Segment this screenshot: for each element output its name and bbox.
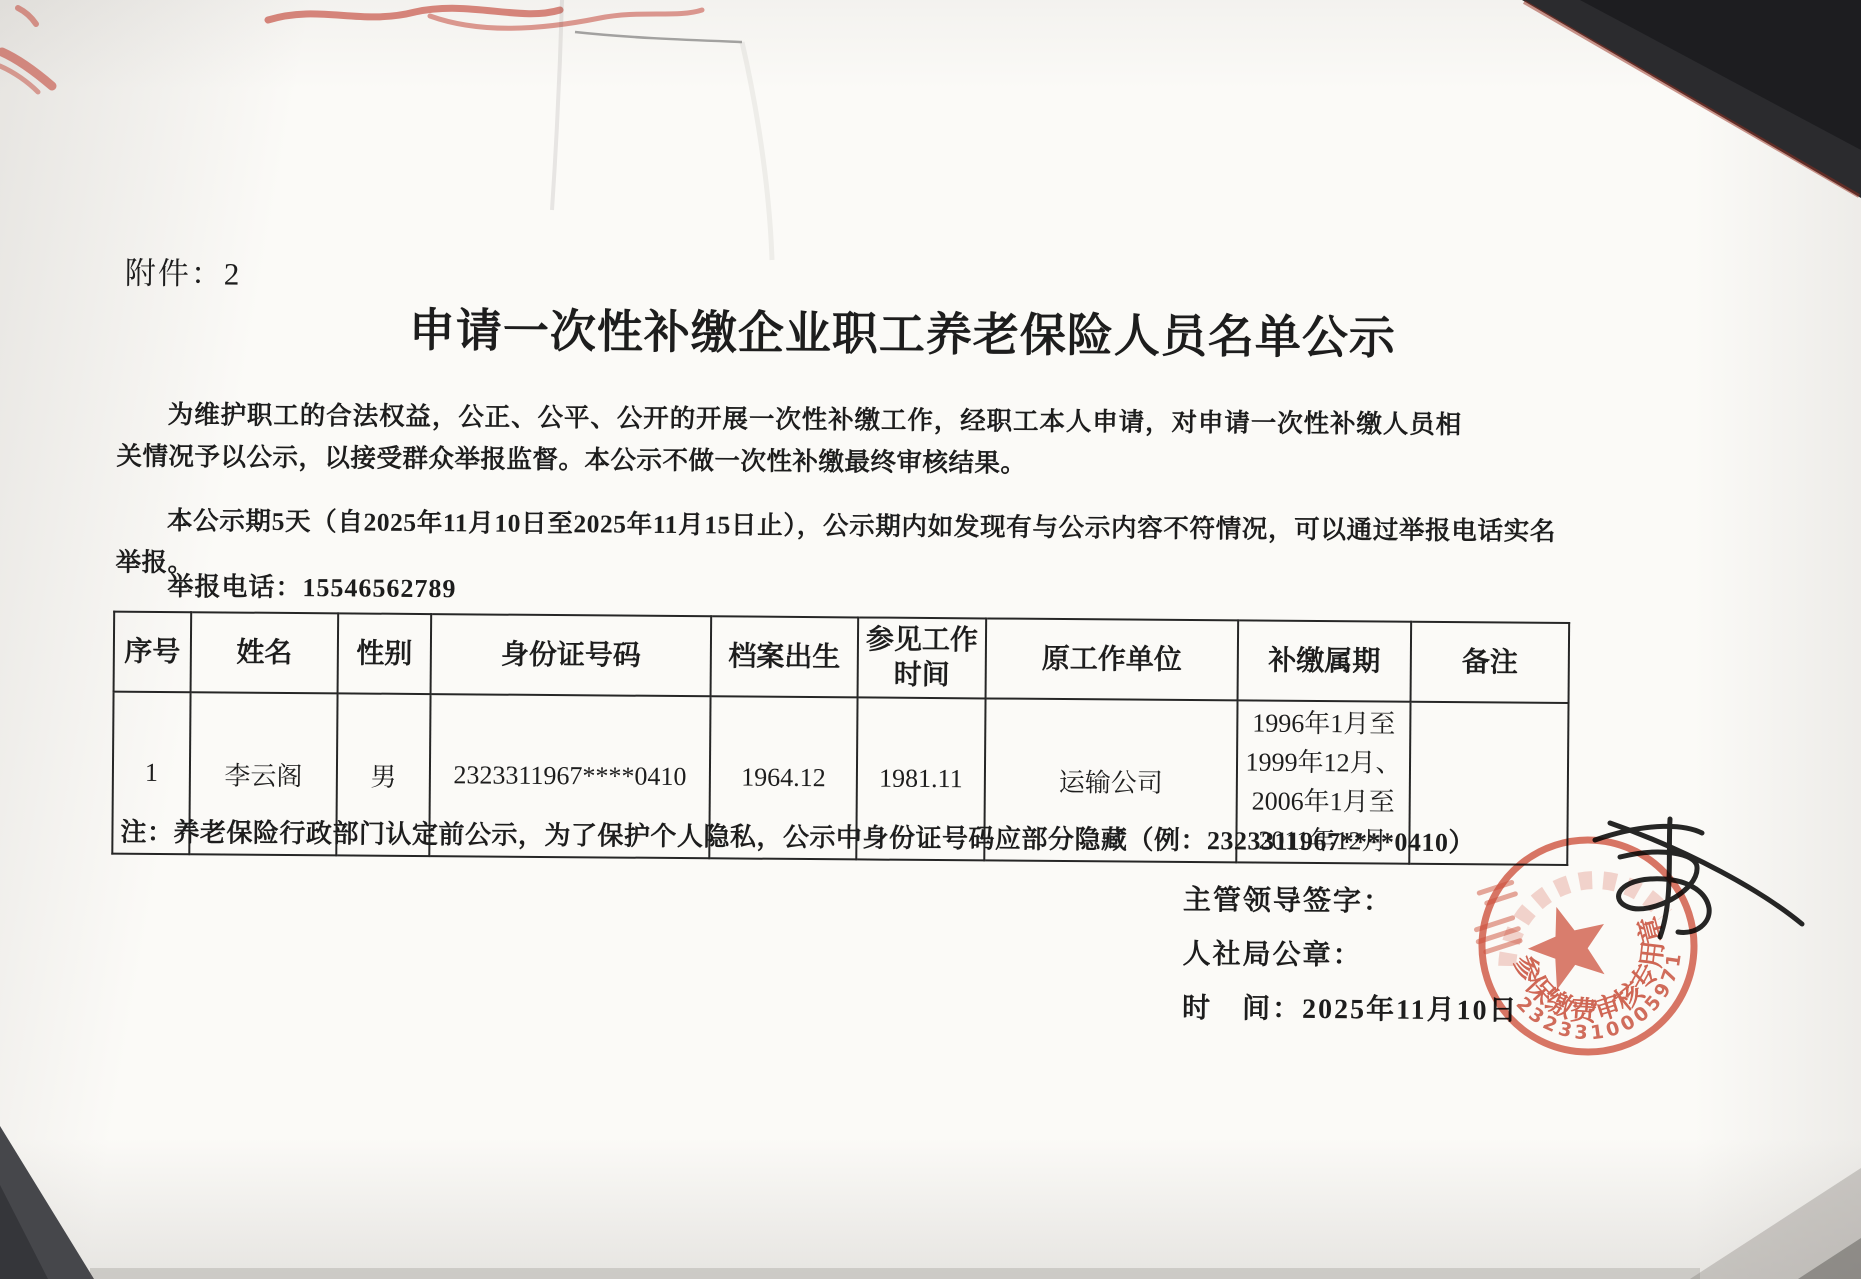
- column-header: 参见工作时间: [858, 617, 987, 698]
- column-header: 身份证号码: [431, 614, 712, 696]
- hotline-text: 举报电话：15546562789: [167, 566, 456, 605]
- paragraph-intro: 为维护职工的合法权益，公正、公平、公开的开展一次性补缴工作，经职工本人申请，对申…: [116, 394, 1462, 489]
- bureau-seal-label: 人社局公章：: [1182, 932, 1362, 973]
- handwritten-signature: [1500, 795, 1861, 965]
- column-header: 档案出生: [711, 616, 859, 697]
- attachment-label: 附件：2: [125, 248, 242, 294]
- table-header-row: 序号姓名性别身份证号码档案出生参见工作时间原工作单位补缴属期备注: [114, 612, 1570, 703]
- column-header: 序号: [114, 612, 192, 693]
- scanned-document-photo: 附件：2 申请一次性补缴企业职工养老保险人员名单公示 为维护职工的合法权益，公正…: [0, 0, 1861, 1279]
- column-header: 原工作单位: [986, 618, 1239, 700]
- page-title: 申请一次性补缴企业职工养老保险人员名单公示: [332, 293, 1472, 368]
- column-header: 姓名: [191, 612, 339, 693]
- leader-signature-label: 主管领导签字：: [1183, 878, 1393, 920]
- column-header: 性别: [338, 613, 432, 694]
- column-header: 补缴属期: [1238, 620, 1412, 701]
- column-header: 备注: [1411, 622, 1570, 703]
